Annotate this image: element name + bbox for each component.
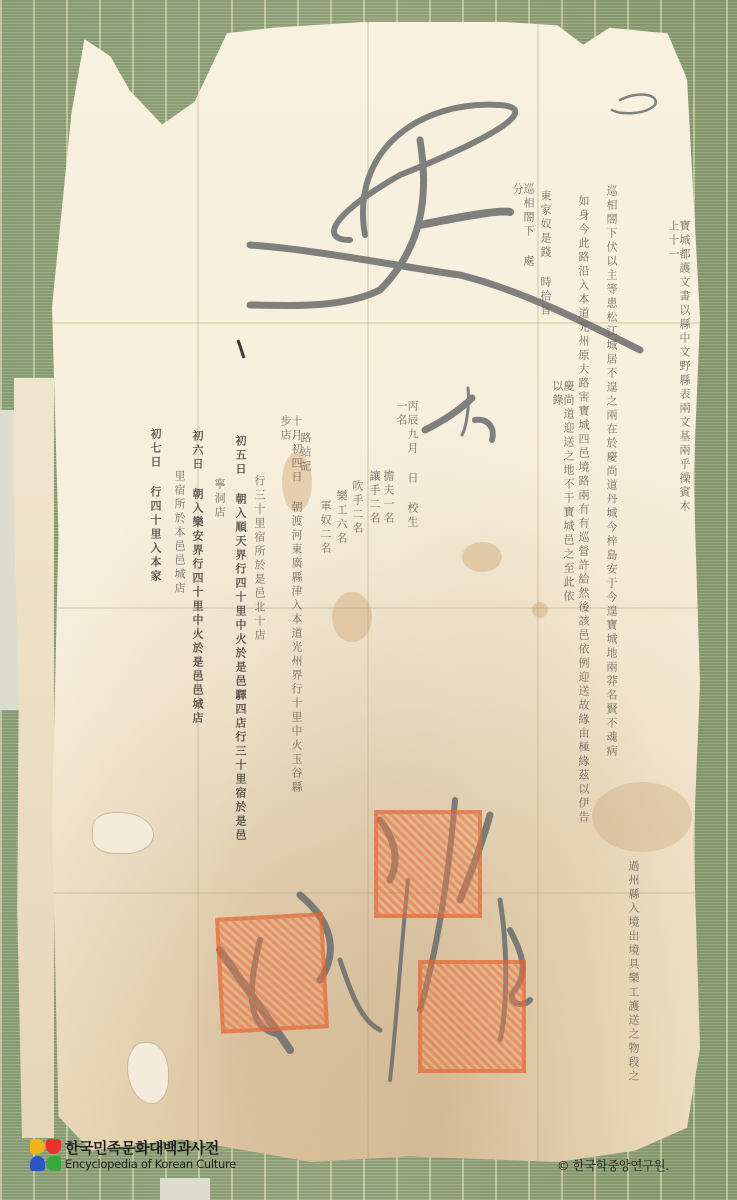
text-column: 慶尚道迎送之地不干寶城邑之至此依以錄 (552, 380, 574, 610)
text-column: 如身今此路沿入本道光州原大路害寶城四邑境路兩有有巡營許給然後該邑依例迎送故緣由極… (578, 195, 589, 855)
text-column: 丙辰九月 日 校生一名 (396, 400, 418, 540)
text-column: 軍奴二名 (320, 500, 331, 560)
watermark-title-korean: 한국민족문화대백과사전 (65, 1140, 236, 1157)
text-column: 里宿所於本邑邑城店 (174, 470, 185, 610)
red-seal (215, 912, 329, 1033)
text-column: 巡相閤下 處分 (512, 183, 534, 273)
text-column: 初七日 行四十里入本家 (150, 428, 161, 608)
text-column: 行三十里宿所於是邑北十店 (254, 475, 265, 675)
text-column: 擔夫一名 (383, 470, 394, 530)
text-column: 過州縣入境出境具樂工護送之物段之 (628, 860, 639, 1110)
red-seal (374, 810, 482, 918)
text-column: 巡相閤下伏以主等患松江城居不遑之兩在於慶尚道丹城今梓島安于今遑寶城地兩莽名賢不魂… (606, 185, 617, 785)
red-seal (418, 960, 526, 1073)
text-column: 東家奴是錢 時拾旨 (540, 190, 551, 350)
text-column: 讓手二名 (369, 470, 380, 530)
text-column: 寶城都護文書以縣中文野縣表兩文基兩乎操賓木上十一 (668, 220, 690, 520)
copyright-notice: © 한국학중앙연구원. (557, 1156, 669, 1174)
watermark-title-english: Encyclopedia of Korean Culture (65, 1157, 236, 1171)
text-column: 寧洞店 (214, 478, 225, 538)
encyclopedia-watermark: 한국민족문화대백과사전 Encyclopedia of Korean Cultu… (28, 1138, 236, 1172)
text-column: 吹手二名 (352, 480, 363, 540)
text-column: 十月初四日 朝渡河東廣縣津入本道光州界行十里中火玉谷縣步店 (280, 415, 302, 795)
text-column: 樂工六名 (336, 490, 347, 550)
text-column: 初六日 朝入樂安界行四十里中火於是邑邑城店 (192, 430, 203, 770)
encyclopedia-logo-icon (28, 1138, 62, 1172)
text-column: 初五日 朝入順天界行四十里中火於是邑驛四店行三十里宿於是邑 (235, 435, 246, 845)
